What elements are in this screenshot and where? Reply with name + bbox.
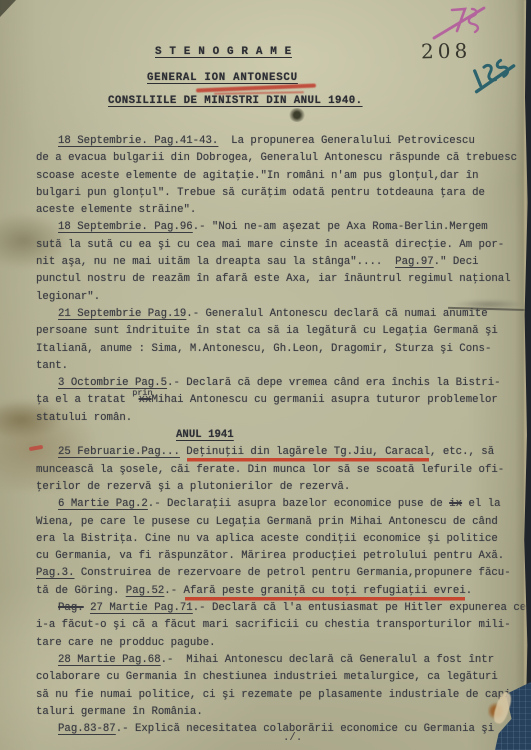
document-body: 18 Septembrie. Pag.41-43. La propunerea … <box>36 133 531 738</box>
text-line: cu Germania, va fi răspunzător. Mărirea … <box>36 548 531 565</box>
text-line: statului român. <box>36 410 531 427</box>
text-line: 18 Septembrie. Pag.41-43. La propunerea … <box>36 133 531 150</box>
text-line: 21 Septembrie Pag.19.- Generalul Antones… <box>36 306 531 323</box>
paragraph-28-martie: 28 Martie Pag.68.- Mihai Antonescu decla… <box>36 652 531 721</box>
text-line: de a evacua bulgarii din Dobrogea, Gener… <box>36 150 531 167</box>
text-line: Wiena, pe care le pusese cu Legaţia Germ… <box>36 514 531 531</box>
text-line: colaborare cu Germania în chestiunea ind… <box>36 669 531 686</box>
text-line: 28 Martie Pag.68.- Mihai Antonescu decla… <box>36 652 531 669</box>
text-line: bulgari pun glonţul". Trebue să curăţim … <box>36 185 531 202</box>
continuation-mark: ./. <box>283 732 302 744</box>
text-line: tă de Göring. Pag.52.- Afară peste grani… <box>36 583 531 600</box>
paragraph-3-octombrie: 3 Octombrie Pag.5.- Declară că depe vrem… <box>36 375 531 427</box>
text-line: 18 Septembrie. Pag.96.- "Noi ne-am aşeza… <box>36 219 531 236</box>
text-line: legionar". <box>36 289 531 306</box>
page-number-stamp: 208 <box>421 39 472 64</box>
paragraph-21-septembrie: 21 Septembrie Pag.19.- Generalul Antones… <box>36 306 531 375</box>
text-line: ţa el a tratat prinxxMihai Antonescu cu … <box>36 392 531 409</box>
text-line: sută la sută cu ea şi cu cea mai mare ci… <box>36 237 531 254</box>
text-line: 3 Octombrie Pag.5.- Declară că depe vrem… <box>36 375 531 392</box>
ink-spot <box>289 108 305 122</box>
paragraph-25-februarie: 25 Februarie.Pag... Deţinuţii din lagăre… <box>36 444 531 496</box>
text-line: aceste elemente străine". <box>36 202 531 219</box>
text-line: Pag.3. Construirea de rezervoare de petr… <box>36 565 531 582</box>
dark-corner-mark <box>0 0 16 17</box>
section-heading-anul-1941: ANUL 1941 <box>176 427 531 444</box>
paragraph-18-septembrie-96: 18 Septembrie. Pag.96.- "Noi ne-am aşeza… <box>36 219 531 305</box>
scanned-document-page: 208 S T E N O G R A M E GENERAL ION ANTO… <box>0 0 531 750</box>
text-line: era la Bistriţa. Cine nu va aplica acest… <box>36 531 531 548</box>
text-line: scoase aceste elemente de agitaţie."In r… <box>36 168 531 185</box>
section-heading-text: ANUL 1941 <box>176 429 234 441</box>
text-line: i-a făcut-o şi că a făcut mari sacrifici… <box>36 617 531 634</box>
text-line: tare care ne prodduc pagube. <box>36 635 531 652</box>
text-line: tant. <box>36 358 531 375</box>
document-subject: GENERAL ION ANTONESCU <box>147 72 298 84</box>
text-line: 6 Martie Pag.2.- Declaraţii asupra bazel… <box>36 496 531 513</box>
text-line: taluri germane în România. <box>36 704 531 721</box>
text-line: punctul nostru de reazăm în afară este A… <box>36 271 531 288</box>
text-line: nit aşa, nu ne mai uităm la dreapta sau … <box>36 254 531 271</box>
document-title: S T E N O G R A M E <box>155 46 292 58</box>
paragraph-27-martie: Pag. 27 Martie Pag.71.- Declară că l'a e… <box>36 600 531 652</box>
paragraph-18-septembrie-41-43: 18 Septembrie. Pag.41-43. La propunerea … <box>36 133 531 219</box>
magenta-pencil-scribble <box>428 2 492 44</box>
text-line: muncească la şosele, căi ferate. Din mun… <box>36 462 531 479</box>
text-line: ţerilor de rezervă şi a plutonierilor de… <box>36 479 531 496</box>
document-subtitle: CONSILIILE DE MINISTRI DIN ANUL 1940. <box>108 95 363 107</box>
text-line: Pag. 27 Martie Pag.71.- Declară că l'a e… <box>36 600 531 617</box>
text-line: Italiană, anume : Sima, M.Antonescu, Gh.… <box>36 341 531 358</box>
text-line: 25 Februarie.Pag... Deţinuţii din lagăre… <box>36 444 531 461</box>
paragraph-6-martie: 6 Martie Pag.2.- Declaraţii asupra bazel… <box>36 496 531 600</box>
text-line: persoane sunt îndrituite în stat ca să i… <box>36 323 531 340</box>
text-line: să nu fie numai politice, ci şi rezemate… <box>36 687 531 704</box>
